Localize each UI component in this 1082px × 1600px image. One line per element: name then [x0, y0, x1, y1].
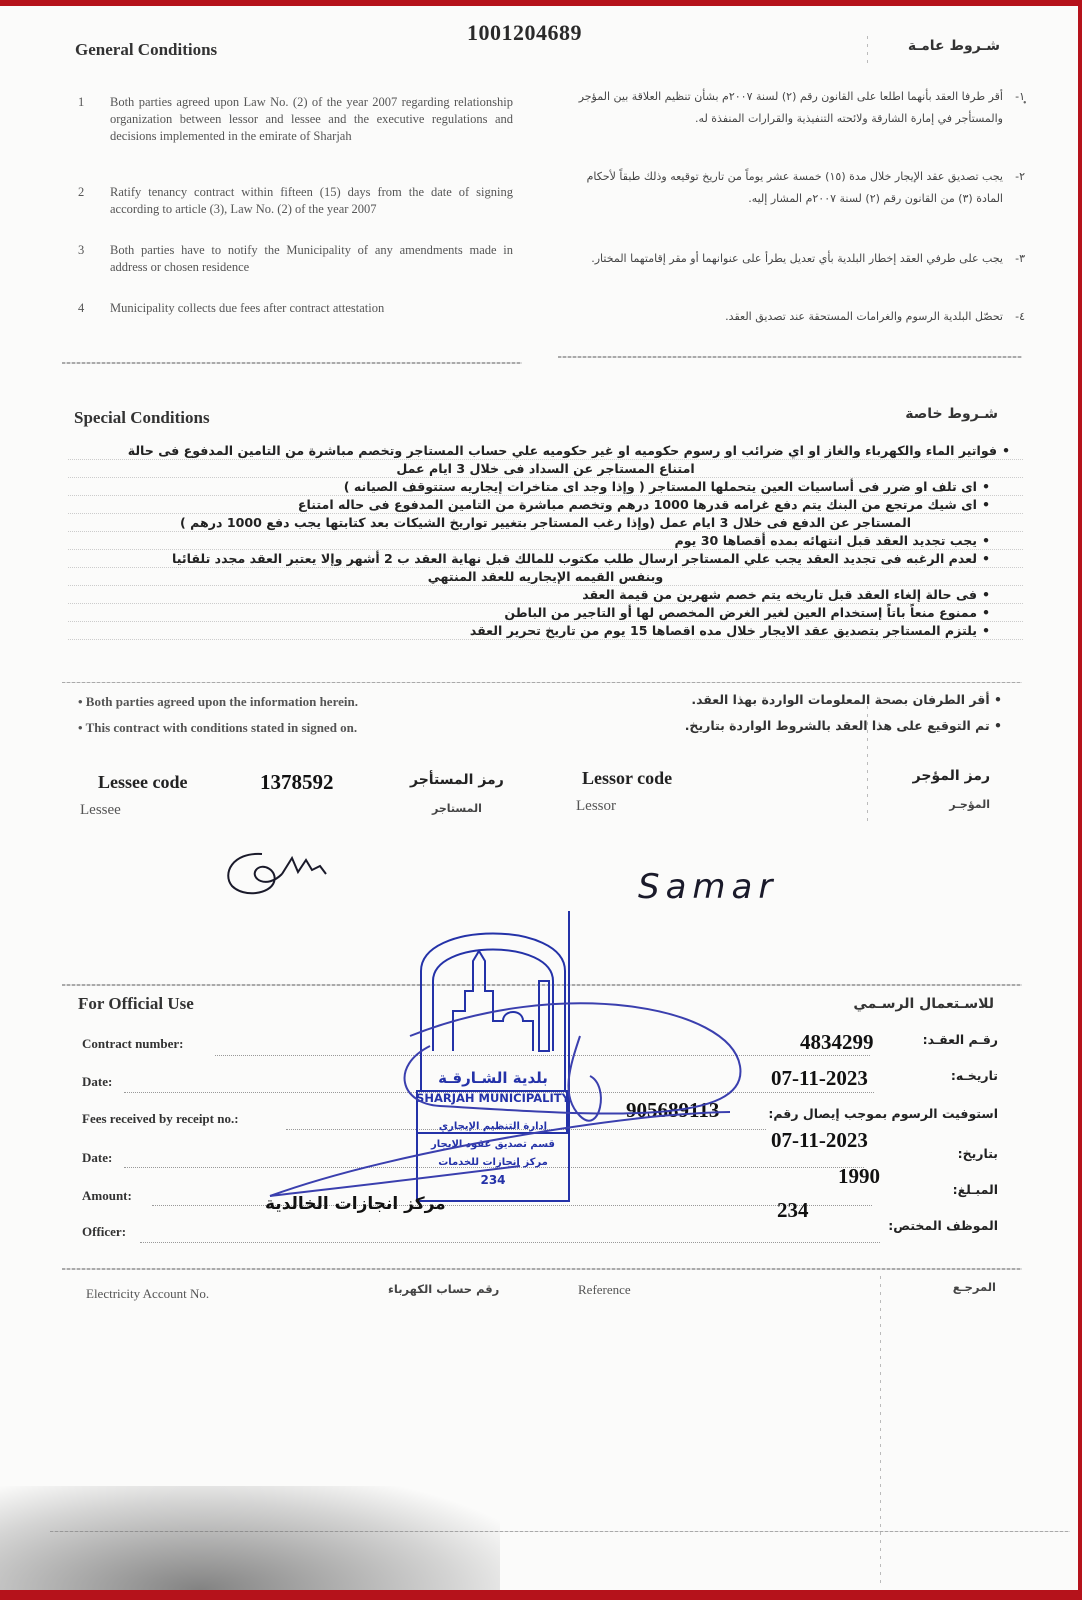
amount-label-ar: المبـلغ: [953, 1182, 998, 1197]
reference-label-ar: المرجـع [953, 1280, 996, 1294]
column-divider [880, 1276, 881, 1586]
official-use-title-ar: للاسـتعمال الرسـمي [853, 996, 994, 1012]
lessee-code-label-ar: رمز المستأجر [410, 772, 504, 788]
agreement-line-ar: • أقر الطرفان بصحة المعلومات الواردة بهذ… [691, 692, 1002, 707]
lessee-label-ar: المستاجر [432, 802, 482, 815]
general-condition-item-ar: ٢- يجب تصديق عقد الإيجار خلال مدة (١٥) خ… [565, 166, 1025, 210]
contract-page: 1001204689 General Conditions شـروط عامـ… [0, 6, 1078, 1590]
receipt-number-label-ar: استوفيت الرسوم بموجب إيصال رقم: [768, 1106, 998, 1121]
lessor-label-ar: المؤجـر [949, 798, 990, 811]
contract-number-label: Contract number: [82, 1036, 183, 1052]
general-condition-item: 2 Ratify tenancy contract within fifteen… [78, 184, 513, 218]
general-condition-item-ar: ٣- يجب على طرفي العقد إخطار البلدية بأي … [565, 248, 1025, 270]
electricity-account-label: Electricity Account No. [86, 1286, 209, 1302]
bullet-icon: • [997, 442, 1015, 459]
officer-label-ar: الموظف المختص: [888, 1218, 998, 1233]
special-condition-line: •اى تلف او ضرر فى أساسيات العين يتحملها … [68, 478, 1023, 496]
general-conditions-title-ar: شـروط عامـة [908, 38, 1000, 54]
lessee-label: Lessee [80, 802, 121, 819]
svg-text:Samar: Samar [638, 867, 778, 907]
amount-label: Amount: [82, 1188, 132, 1204]
special-condition-line: •ممنوع منعاً باتاً إستخدام العين لغير ال… [68, 604, 1023, 622]
dotted-line [140, 1241, 880, 1243]
lessor-label: Lessor [576, 798, 616, 815]
special-conditions-title-ar: شـروط خاصة [905, 406, 998, 422]
receipt-number-label: Fees received by receipt no.: [82, 1111, 239, 1127]
bullet-icon: • [977, 586, 995, 603]
lessee-code-label: Lessee code [98, 772, 187, 793]
contract-number-value: 4834299 [800, 1030, 874, 1055]
special-condition-line: •فى حالة إلغاء العقد قبل تاريخه يتم خصم … [68, 586, 1023, 604]
bullet-icon: • [977, 622, 995, 639]
bullet-icon: • [977, 532, 995, 549]
column-divider [867, 706, 868, 826]
bullet-icon: • [977, 478, 995, 495]
agreement-line-ar: • تم التوقيع على هذا العقد بالشروط الوار… [685, 718, 1002, 733]
column-divider [867, 36, 868, 66]
special-condition-line: امتناع المستاجر عن السداد فى خلال 3 ايام… [68, 460, 1023, 478]
section-divider [62, 682, 1022, 683]
special-conditions-title-en: Special Conditions [74, 408, 210, 428]
special-condition-line: •فواتير الماء والكهرباء والغاز او اي ضرا… [68, 442, 1023, 460]
lessee-signature-icon [222, 844, 352, 904]
section-divider [62, 362, 522, 364]
special-condition-line: وبنفس القيمه الإيجاريه للعقد المنتهي [68, 568, 1023, 586]
general-conditions-title-en: General Conditions [75, 40, 217, 60]
receipt-date-label-ar: بتاريخ: [958, 1146, 998, 1161]
photo-shadow [0, 1486, 500, 1590]
lessor-signature-icon: Samar [630, 862, 810, 912]
electricity-account-label-ar: رقم حساب الكهرباء [388, 1282, 499, 1296]
special-conditions-list: •فواتير الماء والكهرباء والغاز او اي ضرا… [68, 442, 1023, 640]
section-divider [558, 356, 1022, 358]
contract-number-label-ar: رقـم العقـد: [923, 1032, 998, 1047]
agreement-line-en: • This contract with conditions stated i… [78, 720, 357, 736]
lessor-code-label: Lessor code [582, 768, 672, 789]
lessee-code-value: 1378592 [260, 770, 334, 795]
general-condition-item: 1 Both parties agreed upon Law No. (2) o… [78, 94, 513, 145]
officer-label: Officer: [82, 1224, 126, 1240]
bullet-icon: • [977, 604, 995, 621]
section-divider [62, 1268, 1022, 1270]
bullet-icon: • [977, 496, 995, 513]
official-use-title-en: For Official Use [78, 994, 194, 1014]
document-number: 1001204689 [467, 20, 582, 46]
officer-signature-icon [260, 986, 800, 1216]
date-label-ar: تاريخـه: [951, 1068, 998, 1083]
special-condition-line: المستاجر عن الدفع فى خلال 3 ايام عمل (وإ… [68, 514, 1023, 532]
reference-label: Reference [578, 1282, 631, 1298]
amount-value: 1990 [838, 1164, 880, 1189]
general-condition-item-ar: ٤- تحصّل البلدية الرسوم والغرامات المستح… [565, 306, 1025, 328]
special-condition-line: •اى شيك مرتجع من البنك يتم دفع غرامه قدر… [68, 496, 1023, 514]
agreement-line-en: • Both parties agreed upon the informati… [78, 694, 358, 710]
bullet-icon: • [977, 550, 995, 567]
special-condition-line: •يلتزم المستاجر بتصديق عقد الايجار خلال … [68, 622, 1023, 640]
general-condition-item: 4 Municipality collects due fees after c… [78, 300, 513, 317]
special-condition-line: •لعدم الرغبه فى تجديد العقد يجب علي المس… [68, 550, 1023, 568]
lessor-code-label-ar: رمز المؤجر [913, 768, 990, 784]
general-condition-item: 3 Both parties have to notify the Munici… [78, 242, 513, 276]
special-condition-line: •يجب تجديد العقد قبل انتهائه بمده أقصاها… [68, 532, 1023, 550]
receipt-date-label: Date: [82, 1150, 112, 1166]
date-label: Date: [82, 1074, 112, 1090]
general-condition-item-ar: ١- أقر طرفا العقد بأنهما اطلعا على القان… [565, 86, 1025, 130]
